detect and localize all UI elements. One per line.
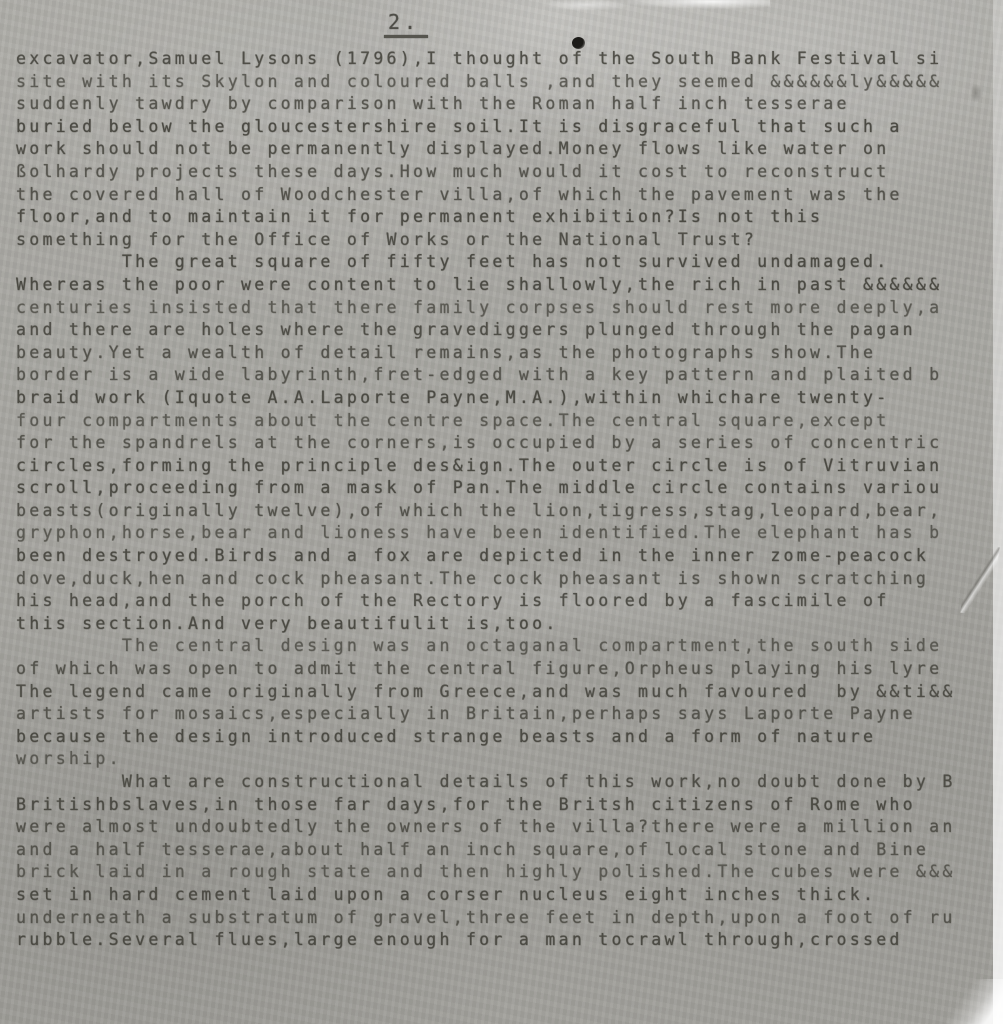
text-line: set in hard cement laid upon a corser nu… — [16, 884, 1001, 907]
typed-text-body: excavator,Samuel Lysons (1796),I thought… — [16, 48, 1001, 952]
text-line: his head,and the porch of the Rectory is… — [16, 590, 1001, 613]
text-line: centuries insisted that there family cor… — [16, 297, 1001, 320]
page-number-text: 2. — [388, 10, 420, 34]
text-line: Britishbslaves,in those far days,for the… — [16, 794, 1001, 817]
text-line: been destroyed.Birds and a fox are depic… — [16, 545, 1001, 568]
text-line: beauty.Yet a wealth of detail remains,as… — [16, 342, 1001, 365]
text-line: dove,duck,hen and cock pheasant.The cock… — [16, 568, 1001, 591]
text-line: and there are holes where the gravedigge… — [16, 319, 1001, 342]
text-line: brick laid in a rough state and then hig… — [16, 861, 1001, 884]
text-line: floor,and to maintain it for permanent e… — [16, 206, 1001, 229]
text-line: because the design introduced strange be… — [16, 726, 1001, 749]
text-line: excavator,Samuel Lysons (1796),I thought… — [16, 48, 1001, 71]
text-line: circles,forming the principle des&ign.Th… — [16, 455, 1001, 478]
page-number: 2. — [388, 10, 428, 38]
text-line: for the spandrels at the corners,is occu… — [16, 432, 1001, 455]
text-line: beasts(originally twelve),of which the l… — [16, 500, 1001, 523]
text-line: braid work (Iquote A.A.Laporte Payne,M.A… — [16, 387, 1001, 410]
text-line: artists for mosaics,especially in Britai… — [16, 703, 1001, 726]
text-line: scroll,proceeding from a mask of Pan.The… — [16, 477, 1001, 500]
text-line: something for the Office of Works or the… — [16, 229, 1001, 252]
text-line: were almost undoubtedly the owners of th… — [16, 816, 1001, 839]
text-line: and a half tesserae,about half an inch s… — [16, 839, 1001, 862]
typewritten-page: 2. excavator,Samuel Lysons (1796),I thou… — [0, 0, 1003, 1024]
text-line: border is a wide labyrinth,fret-edged wi… — [16, 364, 1001, 387]
text-line: gryphon,horse,bear and lioness have been… — [16, 522, 1001, 545]
text-line: rubble.Several flues,large enough for a … — [16, 929, 1001, 952]
text-line: this section.And very beautifulit is,too… — [16, 613, 1001, 636]
text-line: The legend came originally from Greece,a… — [16, 681, 1001, 704]
torn-edge-top — [540, 0, 770, 16]
text-line: site with its Skylon and coloured balls … — [16, 71, 1001, 94]
text-line: four compartments about the centre space… — [16, 410, 1001, 433]
text-line: suddenly tawdry by comparison with the R… — [16, 93, 1001, 116]
text-line: The great square of fifty feet has not s… — [16, 251, 1001, 274]
text-line: work should not be permanently displayed… — [16, 138, 1001, 161]
text-line: The central design was an octaganal comp… — [16, 635, 1001, 658]
folded-corner — [943, 979, 1003, 1024]
text-line: ßolhardy projects these days.How much wo… — [16, 161, 1001, 184]
text-line: underneath a substratum of gravel,three … — [16, 907, 1001, 930]
text-line: the covered hall of Woodchester villa,of… — [16, 184, 1001, 207]
text-line: Whereas the poor were content to lie sha… — [16, 274, 1001, 297]
page-number-underline — [384, 35, 428, 38]
text-line: What are constructional details of this … — [16, 771, 1001, 794]
text-line: of which was open to admit the central f… — [16, 658, 1001, 681]
text-line: worship. — [16, 748, 1001, 771]
text-line: buried below the gloucestershire soil.It… — [16, 116, 1001, 139]
